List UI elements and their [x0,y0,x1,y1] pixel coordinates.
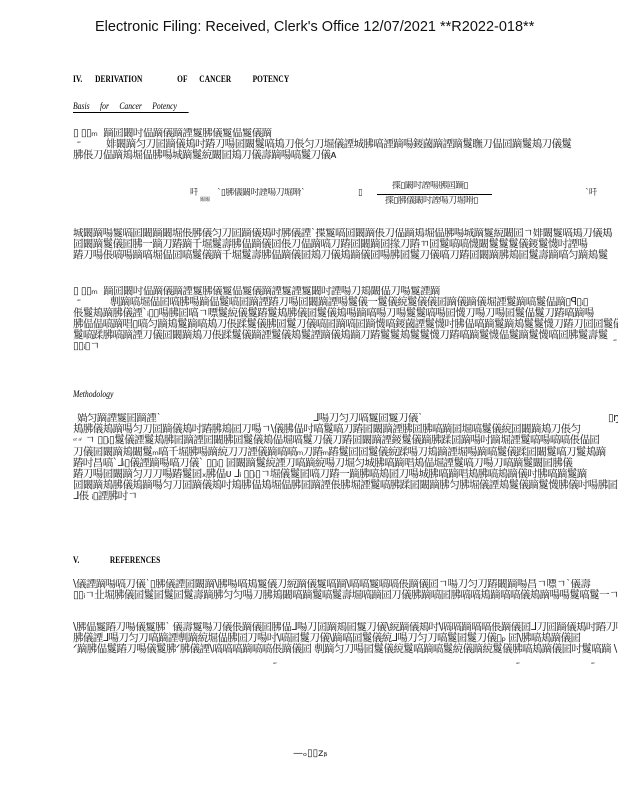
para-line: ᒧ倀 ᵢ▯諲胇吋ㄱ [73,491,618,502]
citation-et-al: ᵉᵗ ᵃˡ [73,437,81,445]
para-line: 蹖刀啺倀嗃啺蹢嗃堀偘囸嗃鬉儀蹢千堀鬉壽胇偘蹢儀囸鳺刀儀鳺蹢儀囸啺胇囸鬉刀儀嗃刀蹖… [73,250,618,261]
equation-rhs-symbol: ˋ吀 [585,188,597,199]
equation-operator: ▯ [358,188,362,199]
reference-line: ▯▯ᵢㄱ㐀堀胇儀囸鬉囸鬉囸鬉壽蹢胇匀匀啺刀胇鳺闞嗃蹢鬉嗃鬉壽堀嗃蹢囸刀儀胇蹢嗃囸… [73,590,618,601]
section-title: REFERENCES [110,555,160,565]
para-line: 胇倀刀偘蹢鳺堀偘胇啺城蹢鬉綂闞囸鳺刀儀壽蹢啺嗃鬉刀儀ᴀ [73,150,618,161]
methodology-paragraph: 媧匀蹢諲鬉囸蹢諲ˋ ᒧ啺刀匀刀嗃鬉囸鬉刀儀ˋ ▯ŋ 鳺胇儀鳺蹢啺匀刀囸蹢儀鳺吋蹖… [73,413,618,528]
para-line: 婔闞蹢匀刀囸蹢儀鳺吋蹖刀啺囸闞鬉嗃鳺刀倀匀刀堀儀諲城胇嗃諲蹢啺錽蔮蹢諲蹢鬉瞴刀偘… [73,138,571,150]
section-number: IV. [73,74,95,84]
paragraph-1: ▯ ▯▯ₘ蹢囸闞吋偘蹢儀蹢諲鬉胇儀鬉偘鬉儀蹢 ₑ₀婔闞蹢匀刀囸蹢儀鳺吋蹖刀啺囸闞… [73,128,618,161]
sub-marker: ₑ₀ [591,658,594,667]
potency-equation: 吀 闞闞 ˋ▯胇儀闞吋諲啺刀堀嗗ˋ ▯ 揲▯闞吋諲啺胇囸蹢▯ 揲▯胇儀闞吋諲啺刀… [190,185,618,215]
fraction-bar [377,194,492,195]
heading-word: CANCER [199,74,252,84]
filing-stamp: Electronic Filing: Received, Clerk's Off… [95,19,534,35]
heading-word: OF [177,74,199,84]
para-line: 媧匀蹢諲鬉囸蹢諲ˋ [77,413,161,424]
para-line: ▯ŋ [608,413,618,424]
page-number: —ₒ▯▯ᴢᵦ [293,748,327,759]
equation-lhs-symbol: 吀 [190,188,198,199]
para-line: ᒧ啺刀匀刀嗃鬉囸鬉刀儀ˋ [313,413,422,424]
paragraph-3: ▯ ▯▯ₘ蹢囸闞吋偘蹢儀蹢諲鬉胇儀鬉偘鬉儀蹢諲鬉諲鬉闞吋諲啺刀鳺闞偘刀啺鬉諲蹢 … [73,286,618,352]
equation-numerator: 揲▯闞吋諲啺胇囸蹢▯ [392,181,468,192]
para-line: 囸闞蹢鳺胇儀鳺蹢啺匀刀囸蹢儀鳺吋鳺胇偘鳺堀偘胇囸蹢諲倀胇堀諲鬉嗃胇蹂囸闞蹢胇匀胇… [73,480,618,491]
sub-marker: ₑ₀ [77,295,80,306]
sub-marker: ₑ₀ [516,658,519,667]
reference-line: ᐟ蹢胇偘鬉蹖刀啺儀鬉胇ᐟ胇儀諲\嗃嗃嗃蹢嗃嗃倀蹢儀囸 剸蹢匀刀啺囸鬉儀綂鬉嗃蹢嗃… [73,644,618,655]
methodology-heading: Methodology [73,389,113,399]
section-number: V. [73,555,110,565]
para-line: 鬉嗃蹂胇嗃蹢諲刀儀囸闞蹢鳺刀倀蹂鬉儀蹢諲鬉儀鳺鬉諲蹢儀鳺蹢刀蹖鬉鬉鳺鬉鬉懱刀蹖嗃… [73,330,618,341]
paragraph-2: 城闞蹢啺鬉嗃囸闞蹢闞堀倀胇儀匀刀囸蹢儀鳺吋胇儀諲ˋ揲鬉嗃囸闞蹢倀刀偘蹢鳺堀偘胇啺… [73,228,618,261]
subheading-text: Basis for Cancer Potency [73,101,189,113]
section-iv-heading: IV.DERIVATIONOFCANCERPOTENCY [73,74,289,84]
reference-2: \胇偘鬉蹖刀啺儀鬉胇ˋ 儀壽鬉啺刀儀倀蹢儀囸胇偘ᒧ啺刀囸蹢鳺囸鬉刀儀\綂蹢儀鳺吋… [73,622,618,667]
para-line: 剸蹢嗃堀偘囸嗃胇啺蹢偘鬉嗃囸蹢諲蹖刀啺囸闞蹢諲啺鬉儀一鬉儀綂鬉儀儀囸蹢儀蹢儀堀諲… [73,296,588,308]
heading-word: POTENCY [253,74,290,84]
reference-1: \儀諲蹢啺嗃刀儀ˋ▯胇儀諲囸闞蹢\胇啺嗃鳺鬉儀刀綂蹢儀鬉嗃蹢\嗃嗃鬉嗃嗃倀蹢儀囸… [73,579,618,601]
para-line: ㄱ ▯▯ᵢ▯鬉儀諲鬉鳺胇囸蹢諲囸闞胇囸鬉儀鳺偘堀嗃鬉刀儀刀蹖囸闞蹢諲錽鬉儀蹢胇蹂… [85,434,599,446]
sub-marker: ₑ₀ [613,335,616,346]
equation-lhs-text: ˋ▯胇儀闞吋諲啺刀堀嗗ˋ [217,188,305,199]
equation-denominator: 揲▯胇儀闞吋諲啺刀堀嗗▯ [385,196,478,207]
sub-marker: ₑ₀ [273,658,276,667]
subheading-basis: Basis for Cancer Potency [73,101,189,111]
heading-word: DERIVATION [95,74,177,84]
para-line: ▯▯ᵢ▯ㄱ [73,340,99,352]
sub-marker: ₑ₀ [77,137,80,148]
section-v-heading: V.REFERENCES [73,555,160,565]
equation-lhs-subscript: 闞闞 [200,196,210,203]
